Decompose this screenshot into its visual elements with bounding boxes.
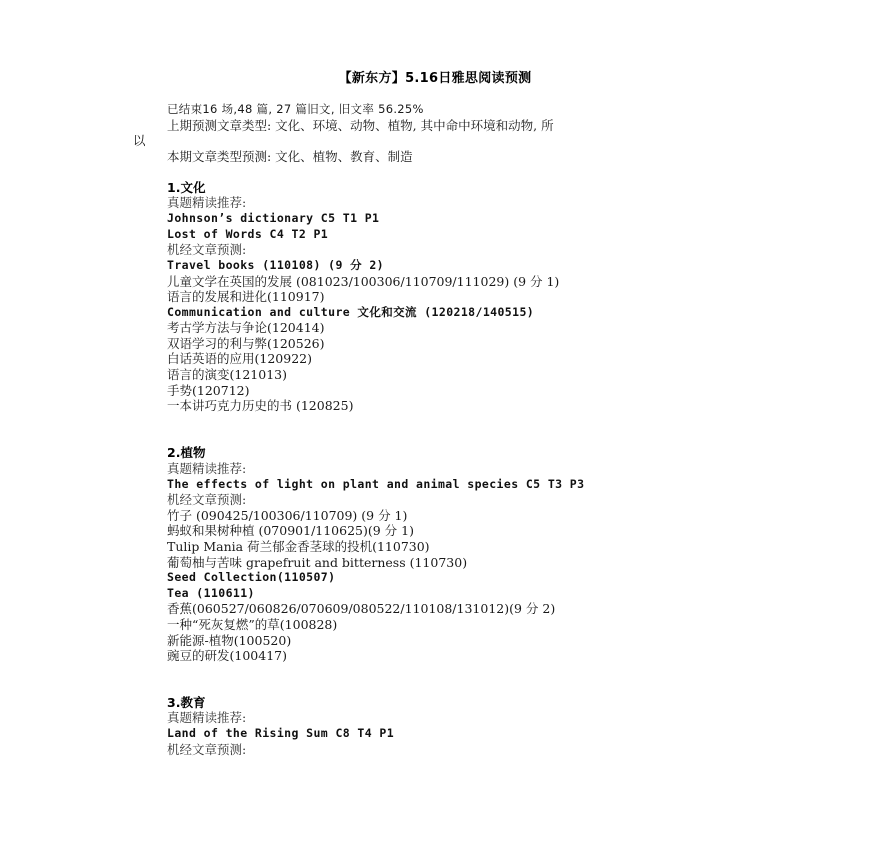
stats-line: 已结束16 场,48 篇, 27 篇旧文, 旧文率 56.25% bbox=[167, 102, 424, 117]
recommend-label: 真题精读推荐: bbox=[167, 710, 246, 725]
predict-item: 一种“死灰复燃”的草(100828) bbox=[167, 617, 337, 632]
recommend-label: 真题精读推荐: bbox=[167, 461, 246, 476]
recommend-item: Johnson’s dictionary C5 T1 P1 bbox=[167, 211, 379, 226]
predict-label: 机经文章预测: bbox=[167, 242, 246, 257]
recommend-item: Lost of Words C4 T2 P1 bbox=[167, 227, 328, 242]
document-page: 【新东方】5.16日雅思阅读预测 已结束16 场,48 篇, 27 篇旧文, 旧… bbox=[0, 0, 870, 842]
predict-item: 语言的演变(121013) bbox=[167, 367, 287, 382]
predict-item: 双语学习的利与弊(120526) bbox=[167, 336, 324, 351]
predict-label: 机经文章预测: bbox=[167, 492, 246, 507]
predict-item: 手势(120712) bbox=[167, 383, 249, 398]
predict-item: Seed Collection(110507) bbox=[167, 570, 335, 585]
this-types-line: 本期文章类型预测: 文化、植物、教育、制造 bbox=[167, 149, 413, 164]
predict-item: 香蕉(060527/060826/070609/080522/110108/13… bbox=[167, 601, 555, 616]
page-title: 【新东方】5.16日雅思阅读预测 bbox=[0, 70, 870, 88]
last-types-line: 上期预测文章类型: 文化、环境、动物、植物, 其中命中环境和动物, 所 bbox=[167, 118, 554, 133]
recommend-item: The effects of light on plant and animal… bbox=[167, 477, 584, 492]
section-heading-education: 3.教育 bbox=[167, 695, 205, 710]
recommend-item: Land of the Rising Sum C8 T4 P1 bbox=[167, 726, 394, 741]
last-types-wrap: 以 bbox=[133, 133, 146, 148]
predict-item: 葡萄柚与苦味 grapefruit and bitterness (110730… bbox=[167, 555, 467, 570]
predict-item: 蚂蚁和果树种植 (070901/110625)(9 分 1) bbox=[167, 523, 414, 538]
section-heading-plants: 2.植物 bbox=[167, 445, 205, 460]
predict-item: 一本讲巧克力历史的书 (120825) bbox=[167, 398, 353, 413]
predict-item: 儿童文学在英国的发展 (081023/100306/110709/111029)… bbox=[167, 274, 559, 289]
predict-item: 考古学方法与争论(120414) bbox=[167, 320, 324, 335]
predict-item: 新能源-植物(100520) bbox=[167, 633, 291, 648]
predict-item: 语言的发展和进化(110917) bbox=[167, 289, 324, 304]
predict-item: Communication and culture 文化和交流 (120218/… bbox=[167, 305, 534, 320]
section-heading-culture: 1.文化 bbox=[167, 180, 205, 195]
predict-item: 竹子 (090425/100306/110709) (9 分 1) bbox=[167, 508, 407, 523]
predict-item: Travel books (110108) (9 分 2) bbox=[167, 258, 384, 273]
predict-label: 机经文章预测: bbox=[167, 742, 246, 757]
recommend-label: 真题精读推荐: bbox=[167, 195, 246, 210]
predict-item: Tulip Mania 荷兰郁金香茎球的投机(110730) bbox=[167, 539, 430, 554]
predict-item: Tea (110611) bbox=[167, 586, 255, 601]
predict-item: 豌豆的研发(100417) bbox=[167, 648, 287, 663]
predict-item: 白话英语的应用(120922) bbox=[167, 351, 312, 366]
